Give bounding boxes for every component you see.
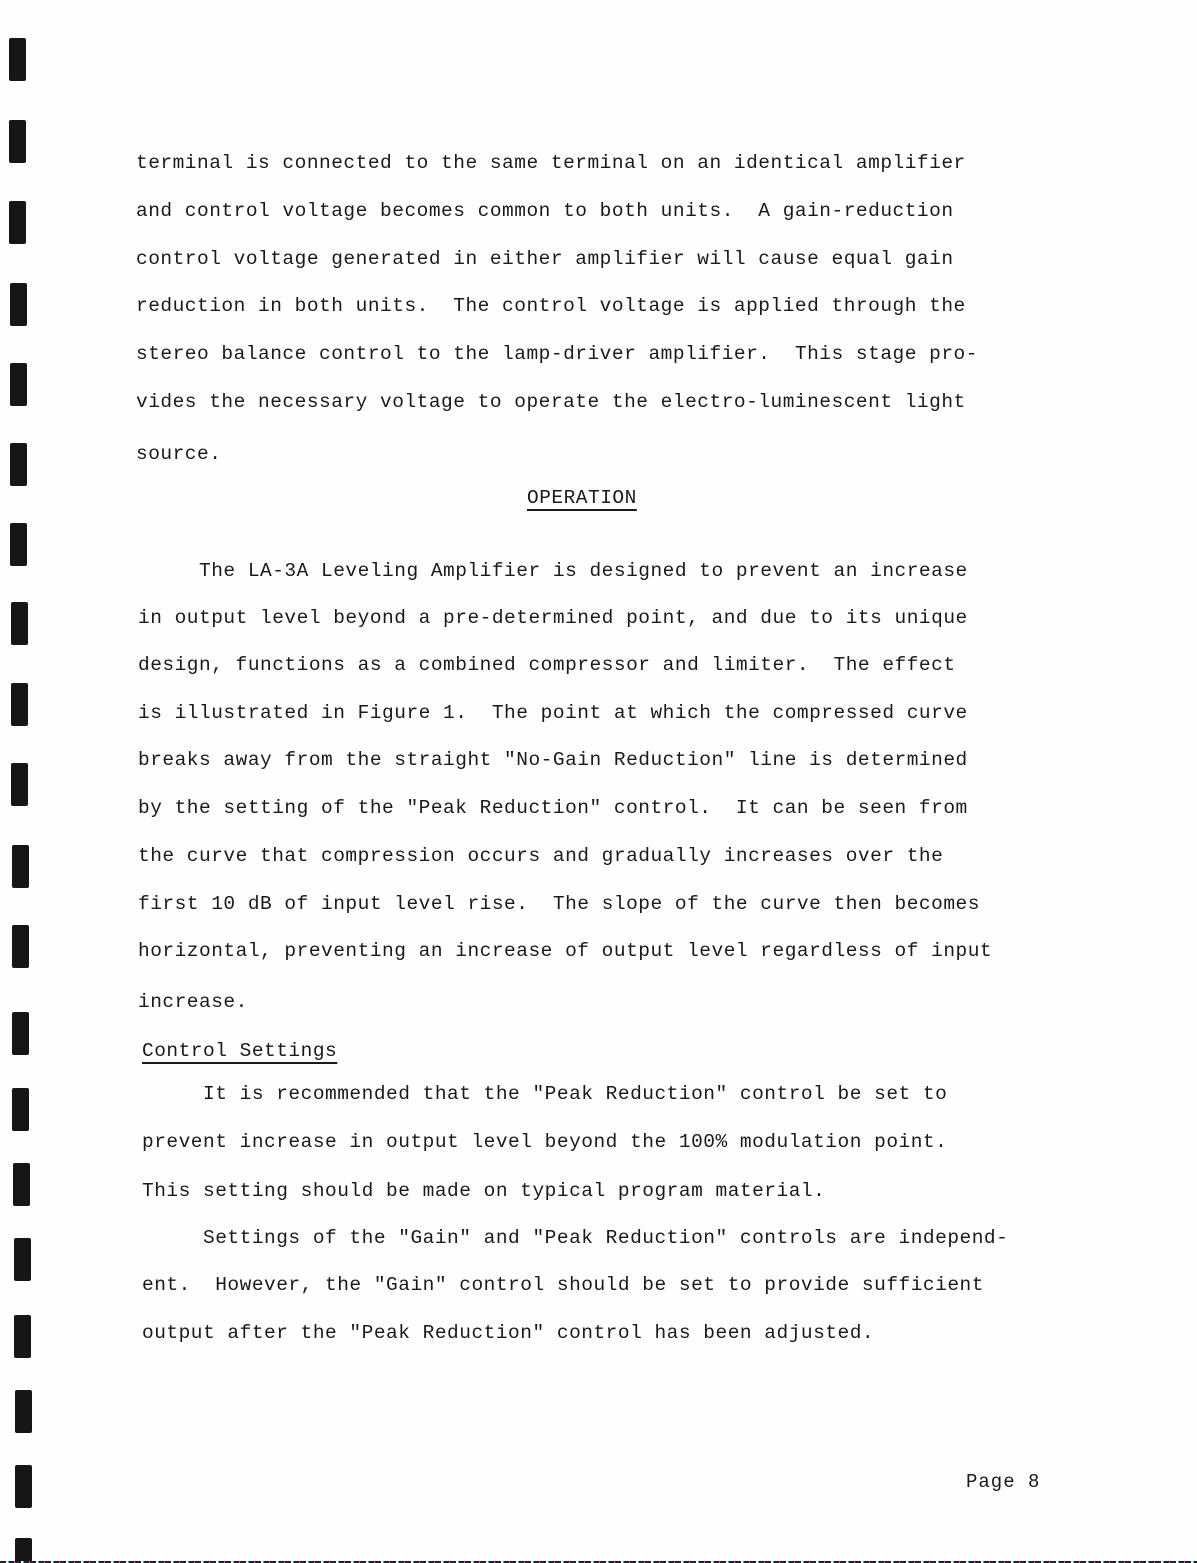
binding-hole <box>9 120 26 163</box>
text-line: It is recommended that the "Peak Reducti… <box>142 1085 947 1105</box>
section-heading-control-settings: Control Settings <box>142 1042 337 1062</box>
text-line: first 10 dB of input level rise. The slo… <box>138 895 980 915</box>
binding-hole <box>9 201 26 244</box>
text-line: terminal is connected to the same termin… <box>136 154 966 174</box>
binding-hole <box>15 1465 32 1508</box>
binding-hole <box>11 683 28 726</box>
text-line: This setting should be made on typical p… <box>142 1182 825 1202</box>
text-line: prevent increase in output level beyond … <box>142 1133 947 1153</box>
binding-hole <box>12 845 29 888</box>
section-heading-operation: OPERATION <box>527 489 637 509</box>
text-line: the curve that compression occurs and gr… <box>138 847 943 867</box>
text-line: control voltage generated in either ampl… <box>136 250 954 270</box>
text-line: horizontal, preventing an increase of ou… <box>138 942 992 962</box>
binding-hole <box>14 1315 31 1358</box>
text-line: by the setting of the "Peak Reduction" c… <box>138 799 968 819</box>
binding-hole <box>10 523 27 566</box>
binding-hole <box>13 1163 30 1206</box>
scanned-page: terminal is connected to the same termin… <box>0 0 1197 1563</box>
binding-hole <box>12 925 29 968</box>
text-line: increase. <box>138 993 248 1013</box>
binding-holes <box>0 0 40 1563</box>
text-line: breaks away from the straight "No-Gain R… <box>138 751 968 771</box>
binding-hole <box>10 363 27 406</box>
binding-hole <box>10 283 27 326</box>
text-line: in output level beyond a pre-determined … <box>138 609 968 629</box>
text-line: reduction in both units. The control vol… <box>136 297 966 317</box>
binding-hole <box>11 602 28 645</box>
text-line: The LA-3A Leveling Amplifier is designed… <box>138 562 968 582</box>
text-line: design, functions as a combined compress… <box>138 656 956 676</box>
text-line: output after the "Peak Reduction" contro… <box>142 1324 874 1344</box>
text-line: Settings of the "Gain" and "Peak Reducti… <box>142 1229 1008 1249</box>
binding-hole <box>9 38 26 81</box>
text-line: is illustrated in Figure 1. The point at… <box>138 704 968 724</box>
text-line: ent. However, the "Gain" control should … <box>142 1276 984 1296</box>
binding-hole <box>12 1012 29 1055</box>
binding-hole <box>12 1088 29 1131</box>
binding-hole <box>10 443 27 486</box>
page-number: Page 8 <box>966 1471 1040 1493</box>
text-line: stereo balance control to the lamp-drive… <box>136 345 978 365</box>
binding-hole <box>11 763 28 806</box>
text-line: vides the necessary voltage to operate t… <box>136 393 966 413</box>
binding-hole <box>15 1390 32 1433</box>
text-line: and control voltage becomes common to bo… <box>136 202 954 222</box>
binding-hole <box>15 1538 32 1563</box>
binding-hole <box>14 1238 31 1281</box>
text-line: source. <box>136 445 221 465</box>
